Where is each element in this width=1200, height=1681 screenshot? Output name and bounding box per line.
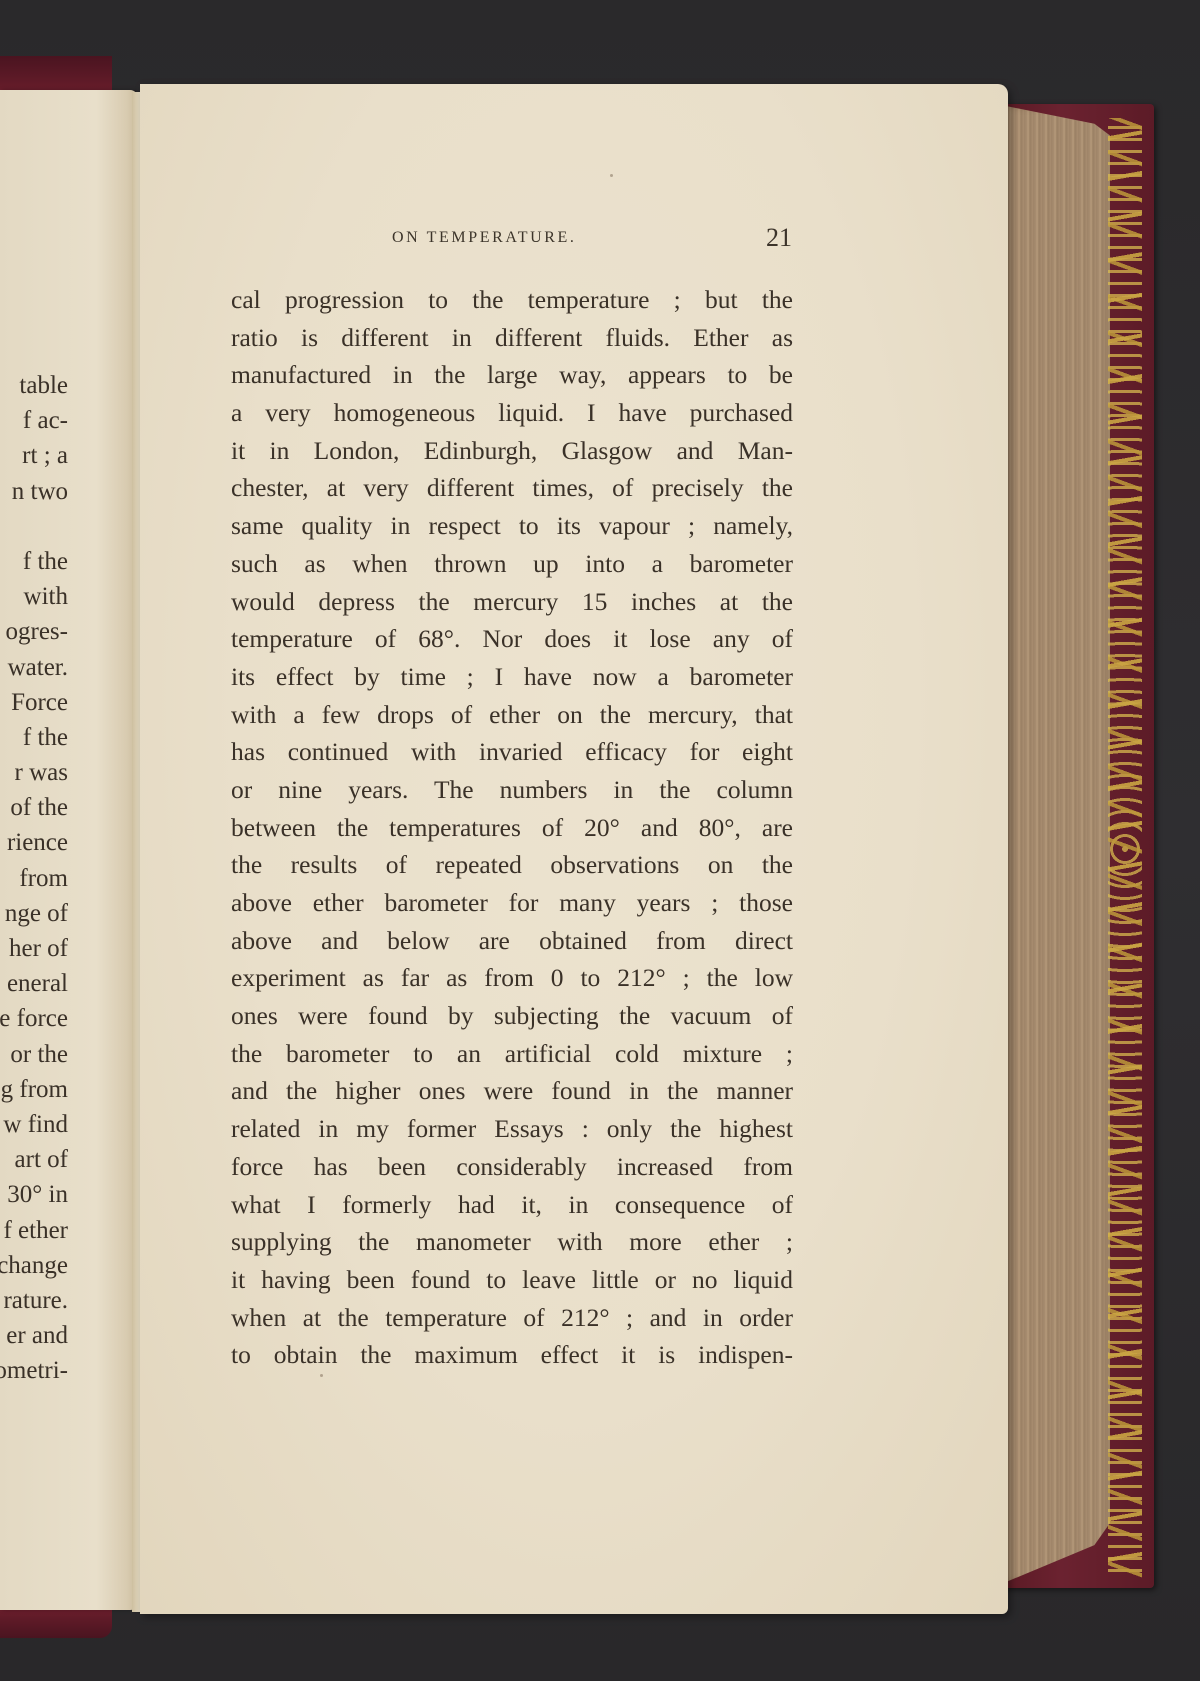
left-line: from [0,861,68,896]
paper-speck [320,1374,323,1377]
left-line: er and [0,1318,68,1353]
left-line: change [0,1248,68,1283]
text-line: and the higher ones were found in the ma… [231,1072,793,1110]
running-head: ON TEMPERATURE. 21 [232,229,792,253]
text-line: temperature of 68°. Nor does it lose any… [231,620,793,658]
left-line: f ac- [0,403,68,438]
left-line: with [0,579,68,614]
left-line: ogres- [0,614,68,649]
text-line: to obtain the maximum effect it is indis… [231,1336,793,1374]
left-line: rience [0,825,68,860]
paper-speck [610,174,613,177]
left-cover-bottom [0,1608,112,1638]
left-line: nge of [0,896,68,931]
left-line: her of [0,931,68,966]
text-line: related in my former Essays : only the h… [231,1110,793,1148]
text-line: chester, at very different times, of pre… [231,469,793,507]
text-line: above ether barometer for many years ; t… [231,884,793,922]
left-page-text: table f ac- rt ; a n two f the with ogre… [0,368,68,1388]
text-line: what I formerly had it, in consequence o… [231,1186,793,1224]
left-line: art of [0,1142,68,1177]
left-line: table [0,368,68,403]
left-line: water. [0,650,68,685]
text-line: between the temperatures of 20° and 80°,… [231,809,793,847]
text-line: would depress the mercury 15 inches at t… [231,583,793,621]
left-line: eneral [0,966,68,1001]
text-line: above and below are obtained from direct [231,922,793,960]
left-line: of the [0,790,68,825]
text-line: ratio is different in different fluids. … [231,319,793,357]
left-page: table f ac- rt ; a n two f the with ogre… [0,90,138,1610]
text-line: it in London, Edinburgh, Glasgow and Man… [231,432,793,470]
left-line: f ether [0,1213,68,1248]
text-line: ones were found by subjecting the vacuum… [231,997,793,1035]
text-line: has continued with invaried efficacy for… [231,733,793,771]
text-line: such as when thrown up into a barometer [231,545,793,583]
left-line: 30° in [0,1177,68,1212]
text-line: the barometer to an artificial cold mixt… [231,1035,793,1073]
text-line: experiment as far as from 0 to 212° ; th… [231,959,793,997]
text-line: a very homogeneous liquid. I have purcha… [231,394,793,432]
left-line [0,509,68,544]
body-text: cal progression to the temperature ; but… [231,281,793,1374]
left-line: g from [0,1072,68,1107]
text-line: when at the temperature of 212° ; and in… [231,1299,793,1337]
text-line: same quality in respect to its vapour ; … [231,507,793,545]
text-line: supplying the manometer with more ether … [231,1223,793,1261]
page-edges [1006,106,1110,1582]
gilt-ornament-border [1108,118,1142,1580]
left-line: e force [0,1001,68,1036]
left-line: Force [0,685,68,720]
text-line: its effect by time ; I have now a barome… [231,658,793,696]
text-line: manufactured in the large way, appears t… [231,356,793,394]
text-line: cal progression to the temperature ; but… [231,281,793,319]
left-line: f the [0,720,68,755]
text-line: it having been found to leave little or … [231,1261,793,1299]
left-line: w find [0,1107,68,1142]
text-line: force has been considerably increased fr… [231,1148,793,1186]
left-line: f the [0,544,68,579]
text-line: with a few drops of ether on the mercury… [231,696,793,734]
left-line: rt ; a [0,438,68,473]
left-line: r was [0,755,68,790]
text-line: or nine years. The numbers in the column [231,771,793,809]
running-title: ON TEMPERATURE. [392,229,577,247]
left-line: ometri- [0,1353,68,1388]
page-number: 21 [766,223,792,253]
left-line: or the [0,1037,68,1072]
left-line: rature. [0,1283,68,1318]
left-line: n two [0,474,68,509]
text-line: the results of repeated observations on … [231,846,793,884]
